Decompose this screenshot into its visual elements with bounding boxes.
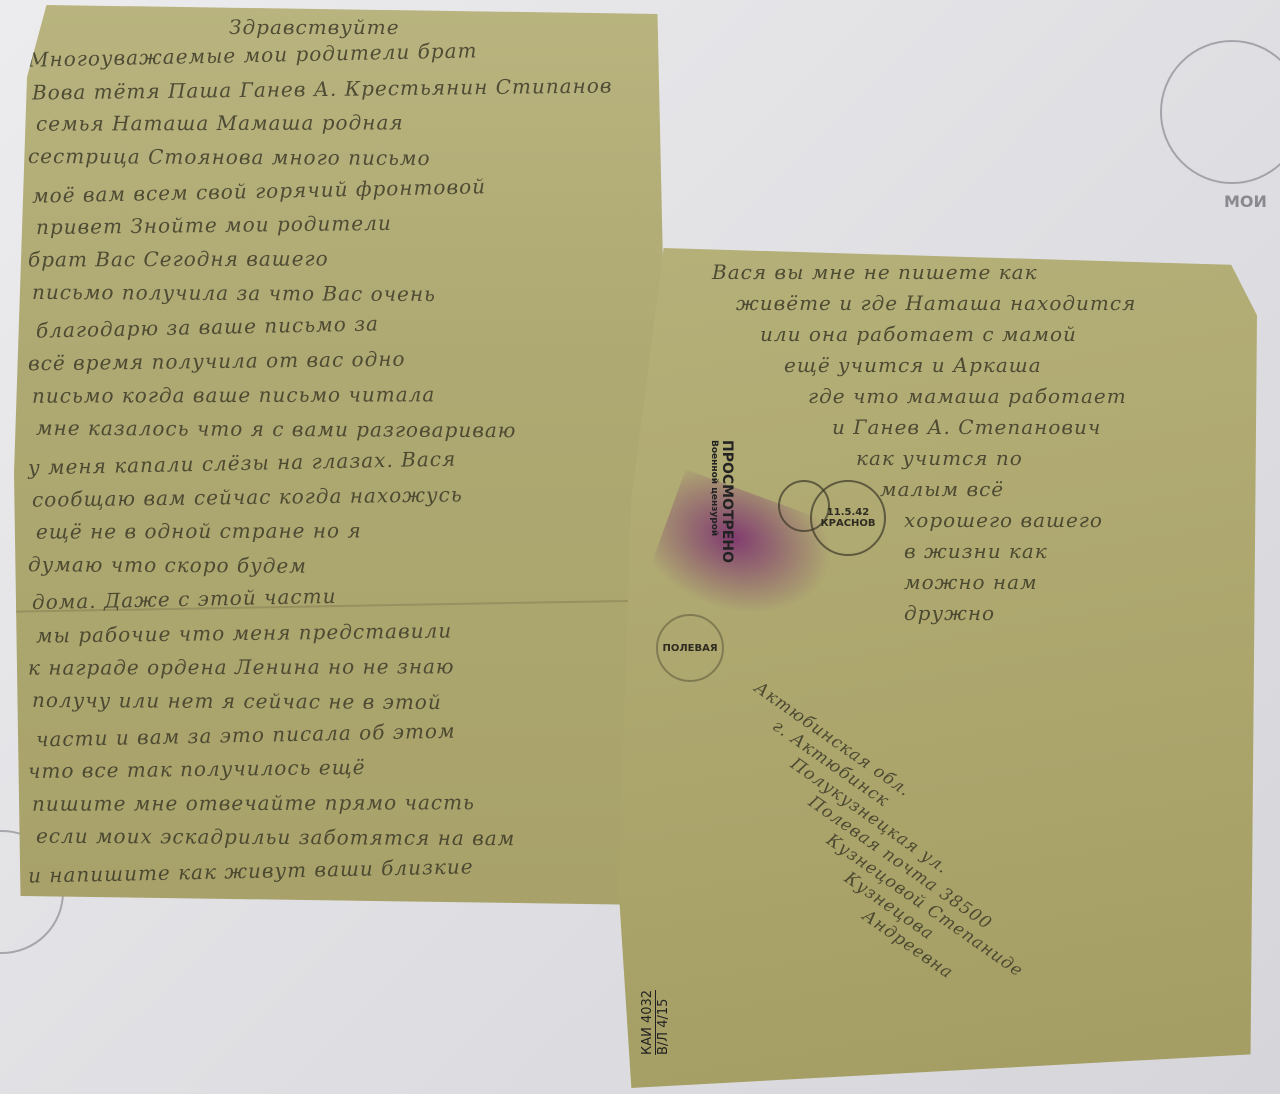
handwritten-line: письмо получила за что Вас очень (32, 280, 436, 306)
handwritten-line: семья Наташа Мамаша родная (36, 110, 404, 135)
archive-mark: КАИ 4032 В/Л 4/15 (640, 990, 671, 1055)
handwritten-line: живёте и где Наташа находится (736, 291, 1136, 315)
censor-stamp: ПРОСМОТРЕНО Военной цензурой (709, 440, 735, 563)
handwritten-line: и напишите как живут ваши близкие (28, 854, 474, 887)
censor-title: ПРОСМОТРЕНО (719, 440, 735, 563)
archive-line-1: КАИ 4032 (640, 990, 656, 1055)
handwritten-line: ещё учится и Аркаша (784, 353, 1042, 377)
handwritten-line: письмо когда ваше письмо читала (32, 382, 435, 407)
postmark-date: 11.5.42КРАСНОВ (810, 480, 886, 556)
letter-left-sheet: Здравствуйте Многоуважаемые мои родители… (14, 5, 664, 905)
handwritten-line: где что мамаша работает (808, 384, 1127, 408)
handwritten-line: если моих эскадрильи заботятся на вам (36, 824, 515, 851)
handwritten-line: у меня капали слёзы на глазах. Вася (28, 447, 457, 480)
handwritten-line: Вася вы мне не пишете как (712, 260, 1038, 284)
handwritten-line: что все так получилось ещё (28, 755, 366, 783)
handwritten-line: хорошего вашего (904, 508, 1103, 532)
handwritten-line: привет Знойте мои родители (36, 211, 392, 239)
letter-heading: Здравствуйте (229, 15, 400, 39)
postmark-date-text: 11.5.42 (827, 507, 869, 518)
handwritten-line: как учится по (856, 446, 1023, 470)
handwritten-line: пишите мне отвечайте прямо часть (32, 790, 475, 816)
archive-line-2: В/Л 4/15 (656, 990, 671, 1055)
handwritten-line: сестрица Стоянова много письмо (28, 144, 431, 170)
handwritten-line: Многоуважаемые мои родители брат (28, 38, 478, 71)
postmark-field-text: ПОЛЕВАЯ (662, 643, 717, 654)
censor-subtitle: Военной цензурой (709, 440, 719, 563)
handwritten-line: ещё не в одной стране но я (36, 518, 362, 543)
handwritten-line: благодарю за ваше письмо за (36, 311, 379, 342)
handwritten-line: и Ганев А. Степанович (832, 415, 1101, 439)
handwritten-line: или она работает с мамой (760, 322, 1077, 346)
handwritten-line: моё вам всем свой горячий фронтовой (32, 174, 486, 208)
handwritten-line: малым всё (880, 477, 1004, 501)
handwritten-line: получу или нет я сейчас не в этой (32, 688, 442, 714)
handwritten-line: можно нам (904, 570, 1038, 594)
handwritten-line: всё время получила от вас одно (28, 347, 406, 376)
handwritten-line: сообщаю вам сейчас когда нахожусь (32, 482, 463, 511)
handwritten-line: дома. Даже с этой части (32, 584, 337, 614)
postmark-city: КРАСНОВ (820, 518, 875, 529)
handwritten-line: дружно (904, 601, 995, 625)
handwritten-line: части и вам за это писала об этом (36, 719, 456, 752)
handwritten-line: мы рабочие что меня представили (36, 618, 452, 647)
handwritten-line: думаю что скоро будем (28, 552, 307, 577)
handwritten-line: мне казалось что я с вами разговариваю (36, 416, 517, 443)
postmark-field-post: ПОЛЕВАЯ (656, 614, 724, 682)
handwritten-line: брат Вас Сегодня вашего (28, 246, 329, 271)
handwritten-line: в жизни как (904, 539, 1048, 563)
handwritten-line: к награде ордена Ленина но не знаю (28, 654, 455, 679)
handwritten-line: Вова тётя Паша Ганев А. Крестьянин Стипа… (32, 73, 613, 104)
